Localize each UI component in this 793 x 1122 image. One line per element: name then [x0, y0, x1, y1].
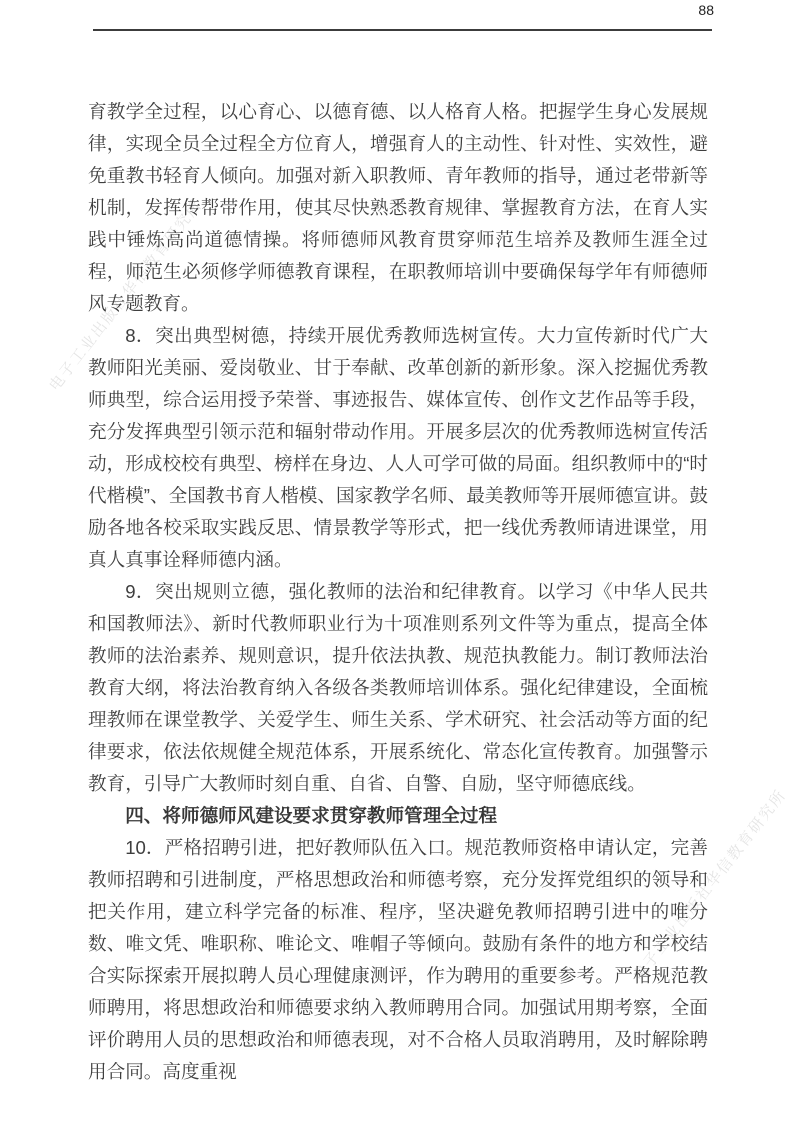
- paragraph-item-9: 9．突出规则立德，强化教师的法治和纪律教育。以学习《中华人民共和国教师法》、新时…: [88, 576, 708, 800]
- paragraph-continuation: 育教学全过程，以心育心、以德育德、以人格育人格。把握学生身心发展规律，实现全员全…: [88, 96, 708, 320]
- page-number: 88: [698, 2, 714, 18]
- paragraph-item-10: 10．严格招聘引进，把好教师队伍入口。规范教师资格申请认定，完善教师招聘和引进制…: [88, 832, 708, 1088]
- header-rule: [93, 29, 712, 31]
- document-page: { "page": { "number": "88" }, "watermark…: [0, 0, 793, 1122]
- paragraph-item-8: 8．突出典型树德，持续开展优秀教师选树宣传。大力宣传新时代广大教师阳光美丽、爱岗…: [88, 320, 708, 576]
- document-body: 育教学全过程，以心育心、以德育德、以人格育人格。把握学生身心发展规律，实现全员全…: [88, 96, 708, 1088]
- section-heading-4: 四、将师德师风建设要求贯穿教师管理全过程: [88, 800, 708, 832]
